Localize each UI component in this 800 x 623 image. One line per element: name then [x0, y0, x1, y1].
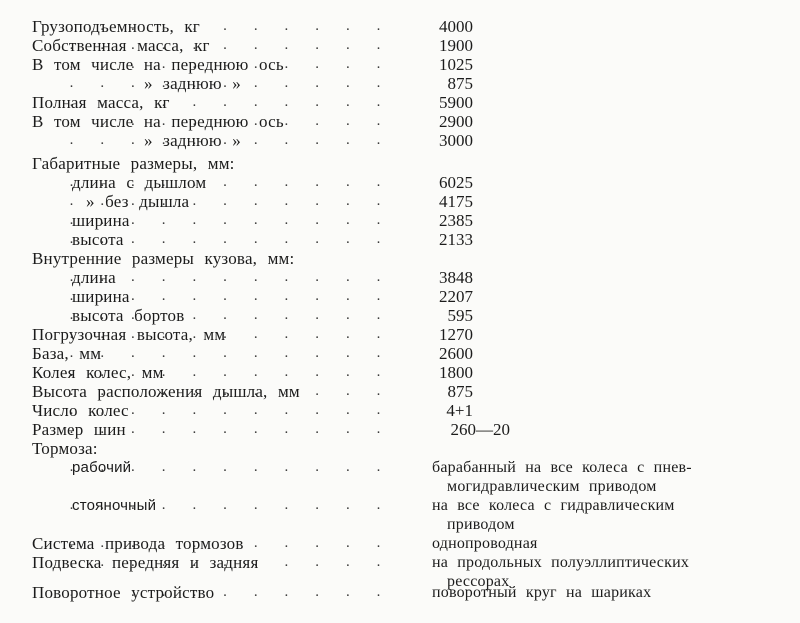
spec-description: однопроводная [432, 534, 538, 553]
spec-row-width: ширина . . . . . . . . . . . 2385 [0, 211, 800, 230]
dot-leader: . . . . . . . . . . . [70, 211, 392, 230]
spec-row-wheel-count: Число колес . . . . . . . . . . . 4+1 [0, 401, 800, 420]
spec-value: 6025 [439, 173, 473, 192]
dot-leader: . . . . . . . . . . . [70, 93, 392, 112]
dot-leader: . . . . . . . . . . . [70, 112, 392, 131]
spec-value: 4175 [439, 192, 473, 211]
spec-row-service-brake: рабочий . . . . . . . . . . . барабанный… [0, 458, 800, 496]
spec-row-gross-front-axle: В том числе на переднюю ось . . . . . . … [0, 112, 800, 131]
dot-leader: . . . . . . . . . . . [70, 17, 392, 36]
dot-leader: . . . . . . . . . . . [70, 420, 392, 439]
spec-value: 3000 [439, 131, 473, 150]
section-overall-dimensions: Габаритные размеры, мм: [0, 154, 800, 173]
dot-leader: . . . . . . . . . . . [70, 553, 392, 572]
spec-row-curb-front-axle: В том числе на переднюю ось . . . . . . … [0, 55, 800, 74]
dot-leader: . . . . . . . . . . . [70, 36, 392, 55]
dot-leader: . . . . . . . . . . . [70, 268, 392, 287]
dot-leader: . . . . . . . . . . . [70, 534, 392, 553]
spec-description-continuation: могидравлическим приводом [447, 477, 657, 496]
spec-row-track: Колея колес, мм . . . . . . . . . . . 18… [0, 363, 800, 382]
spec-row-curb-rear-axle: » заднюю » . . . . . . . . . . . 875 [0, 74, 800, 93]
spec-row-body-width: ширина . . . . . . . . . . . 2207 [0, 287, 800, 306]
spec-row-gross-rear-axle: » заднюю » . . . . . . . . . . . 3000 [0, 131, 800, 150]
spec-row-turning-device: Поворотное устройство . . . . . . . . . … [0, 583, 800, 602]
section-heading: Внутренние размеры кузова, мм: [32, 249, 294, 268]
spec-row-length-without-drawbar: » без дышла . . . . . . . . . . . 4175 [0, 192, 800, 211]
dot-leader: . . . . . . . . . . . [70, 496, 392, 515]
spec-description: барабанный на все колеса с пнев- [432, 458, 692, 477]
spec-description: на продольных полуэллиптических [432, 553, 689, 572]
dot-leader: . . . . . . . . . . . [70, 230, 392, 249]
dot-leader: . . . . . . . . . . . [70, 325, 392, 344]
dot-leader: . . . . . . . . . . . [70, 55, 392, 74]
dot-leader: . . . . . . . . . . . [70, 583, 392, 602]
spec-row-gross-mass: Полная масса, кг . . . . . . . . . . . 5… [0, 93, 800, 112]
dot-leader: . . . . . . . . . . . [70, 382, 392, 401]
spec-description: поворотный круг на шариках [432, 583, 651, 602]
spec-value: 1025 [439, 55, 473, 74]
spec-value: 2207 [439, 287, 473, 306]
spec-value: 2600 [439, 344, 473, 363]
section-heading: Габаритные размеры, мм: [32, 154, 235, 173]
spec-value: 4000 [439, 17, 473, 36]
spec-description: на все колеса с гидравлическим [432, 496, 675, 515]
spec-row-curb-mass: Собственная масса, кг . . . . . . . . . … [0, 36, 800, 55]
spec-value: 3848 [439, 268, 473, 287]
spec-value: 2133 [439, 230, 473, 249]
spec-row-payload: Грузоподъемность, кг . . . . . . . . . .… [0, 17, 800, 36]
dot-leader: . . . . . . . . . . . [70, 458, 392, 477]
spec-value: 4+1 [446, 401, 473, 420]
spec-sheet: Грузоподъемность, кг . . . . . . . . . .… [0, 0, 800, 623]
spec-value: 1900 [439, 36, 473, 55]
spec-row-tire-size: Размер шин . . . . . . . . . . . 260—20 [0, 420, 800, 439]
spec-row-wheelbase: База, мм . . . . . . . . . . . 2600 [0, 344, 800, 363]
section-heading: Тормоза: [32, 439, 98, 458]
spec-row-length-with-drawbar: длина с дышлом . . . . . . . . . . . 602… [0, 173, 800, 192]
dot-leader: . . . . . . . . . . . [70, 306, 392, 325]
spec-row-parking-brake: стояночный . . . . . . . . . . . на все … [0, 496, 800, 534]
spec-value: 595 [448, 306, 474, 325]
spec-row-drawbar-height: Высота расположения дышла, мм . . . . . … [0, 382, 800, 401]
dot-leader: . . . . . . . . . . . [70, 344, 392, 363]
spec-value: 1800 [439, 363, 473, 382]
spec-row-brake-system: Система привода тормозов . . . . . . . .… [0, 534, 800, 553]
spec-value: 1270 [439, 325, 473, 344]
section-brakes: Тормоза: [0, 439, 800, 458]
dot-leader: . . . . . . . . . . . [70, 401, 392, 420]
spec-row-side-height: высота бортов . . . . . . . . . . . 595 [0, 306, 800, 325]
spec-description-continuation: приводом [447, 515, 515, 534]
spec-row-height: высота . . . . . . . . . . . 2133 [0, 230, 800, 249]
dot-leader: . . . . . . . . . . . [70, 74, 392, 93]
spec-value: 875 [448, 382, 474, 401]
section-body-internal-dimensions: Внутренние размеры кузова, мм: [0, 249, 800, 268]
dot-leader: . . . . . . . . . . . [70, 192, 392, 211]
spec-row-body-length: длина . . . . . . . . . . . 3848 [0, 268, 800, 287]
spec-value: 5900 [439, 93, 473, 112]
dot-leader: . . . . . . . . . . . [70, 173, 392, 192]
dot-leader: . . . . . . . . . . . [70, 363, 392, 382]
spec-value: 875 [448, 74, 474, 93]
spec-value: 2385 [439, 211, 473, 230]
spec-row-loading-height: Погрузочная высота, мм . . . . . . . . .… [0, 325, 800, 344]
dot-leader: . . . . . . . . . . . [70, 131, 392, 150]
spec-value: 260—20 [451, 420, 511, 439]
spec-value: 2900 [439, 112, 473, 131]
dot-leader: . . . . . . . . . . . [70, 287, 392, 306]
